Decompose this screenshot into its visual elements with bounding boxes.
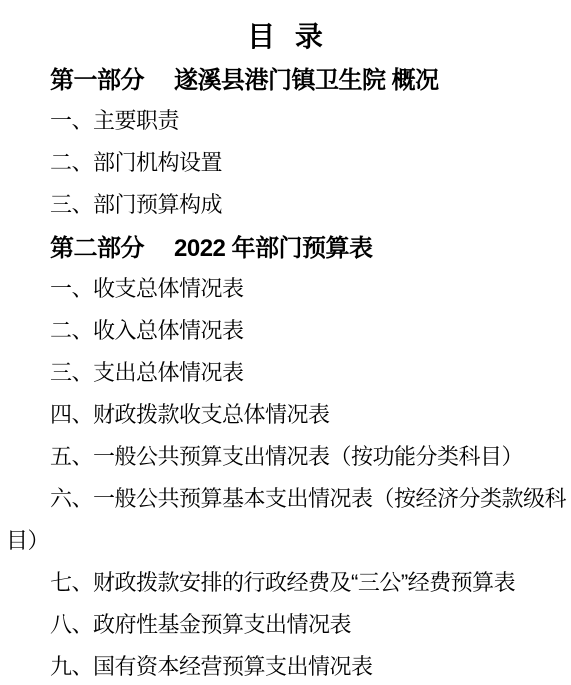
toc-entry-text: 三、支出总体情况表	[50, 356, 244, 387]
toc-entry: 一、主要职责	[6, 98, 565, 140]
toc-entry-text: 五、一般公共预算支出情况表（按功能分类科目）	[50, 440, 523, 471]
page-title: 目 录	[6, 14, 565, 56]
toc-entry-continuation: 目）	[6, 518, 565, 560]
toc-entry-text: 四、财政拨款收支总体情况表	[50, 398, 330, 429]
toc-entry-text: 一、主要职责	[50, 104, 179, 135]
toc-entry: 二、部门机构设置	[6, 140, 565, 182]
toc-entry: 三、部门预算构成	[6, 182, 565, 224]
toc-entry: 九、国有资本经营预算支出情况表	[6, 644, 565, 685]
toc-list: 第一部分 遂溪县港门镇卫生院 概况 一、主要职责 二、部门机构设置 三、部门预算…	[6, 56, 565, 685]
toc-entry: 六、一般公共预算基本支出情况表（按经济分类款级科	[6, 476, 565, 518]
toc-entry: 七、财政拨款安排的行政经费及“三公”经费预算表	[6, 560, 565, 602]
toc-entry-text: 七、财政拨款安排的行政经费及“三公”经费预算表	[50, 566, 515, 597]
toc-entry: 一、收支总体情况表	[6, 266, 565, 308]
toc-entry: 三、支出总体情况表	[6, 350, 565, 392]
toc-entry-text: 六、一般公共预算基本支出情况表（按经济分类款级科	[50, 482, 566, 513]
section-heading-part1: 第一部分 遂溪县港门镇卫生院 概况	[6, 56, 565, 98]
toc-entry: 四、财政拨款收支总体情况表	[6, 392, 565, 434]
toc-entry-text: 一、收支总体情况表	[50, 272, 244, 303]
toc-entry-text: 九、国有资本经营预算支出情况表	[50, 650, 373, 681]
toc-entry: 八、政府性基金预算支出情况表	[6, 602, 565, 644]
toc-entry-text: 二、部门机构设置	[50, 146, 222, 177]
section-heading-part2: 第二部分 2022 年部门预算表	[6, 224, 565, 266]
section-heading-text: 2022 年部门预算表	[174, 228, 373, 263]
toc-entry-text: 八、政府性基金预算支出情况表	[50, 608, 351, 639]
toc-entry: 二、收入总体情况表	[6, 308, 565, 350]
document-page: 目 录 第一部分 遂溪县港门镇卫生院 概况 一、主要职责 二、部门机构设置 三、…	[0, 0, 571, 685]
section-heading-text: 遂溪县港门镇卫生院 概况	[174, 60, 439, 95]
toc-entry: 五、一般公共预算支出情况表（按功能分类科目）	[6, 434, 565, 476]
toc-entry-text: 目）	[6, 524, 49, 555]
toc-entry-text: 二、收入总体情况表	[50, 314, 244, 345]
section-heading-label: 第一部分	[50, 60, 144, 95]
toc-entry-text: 三、部门预算构成	[50, 188, 222, 219]
section-heading-label: 第二部分	[50, 228, 144, 263]
